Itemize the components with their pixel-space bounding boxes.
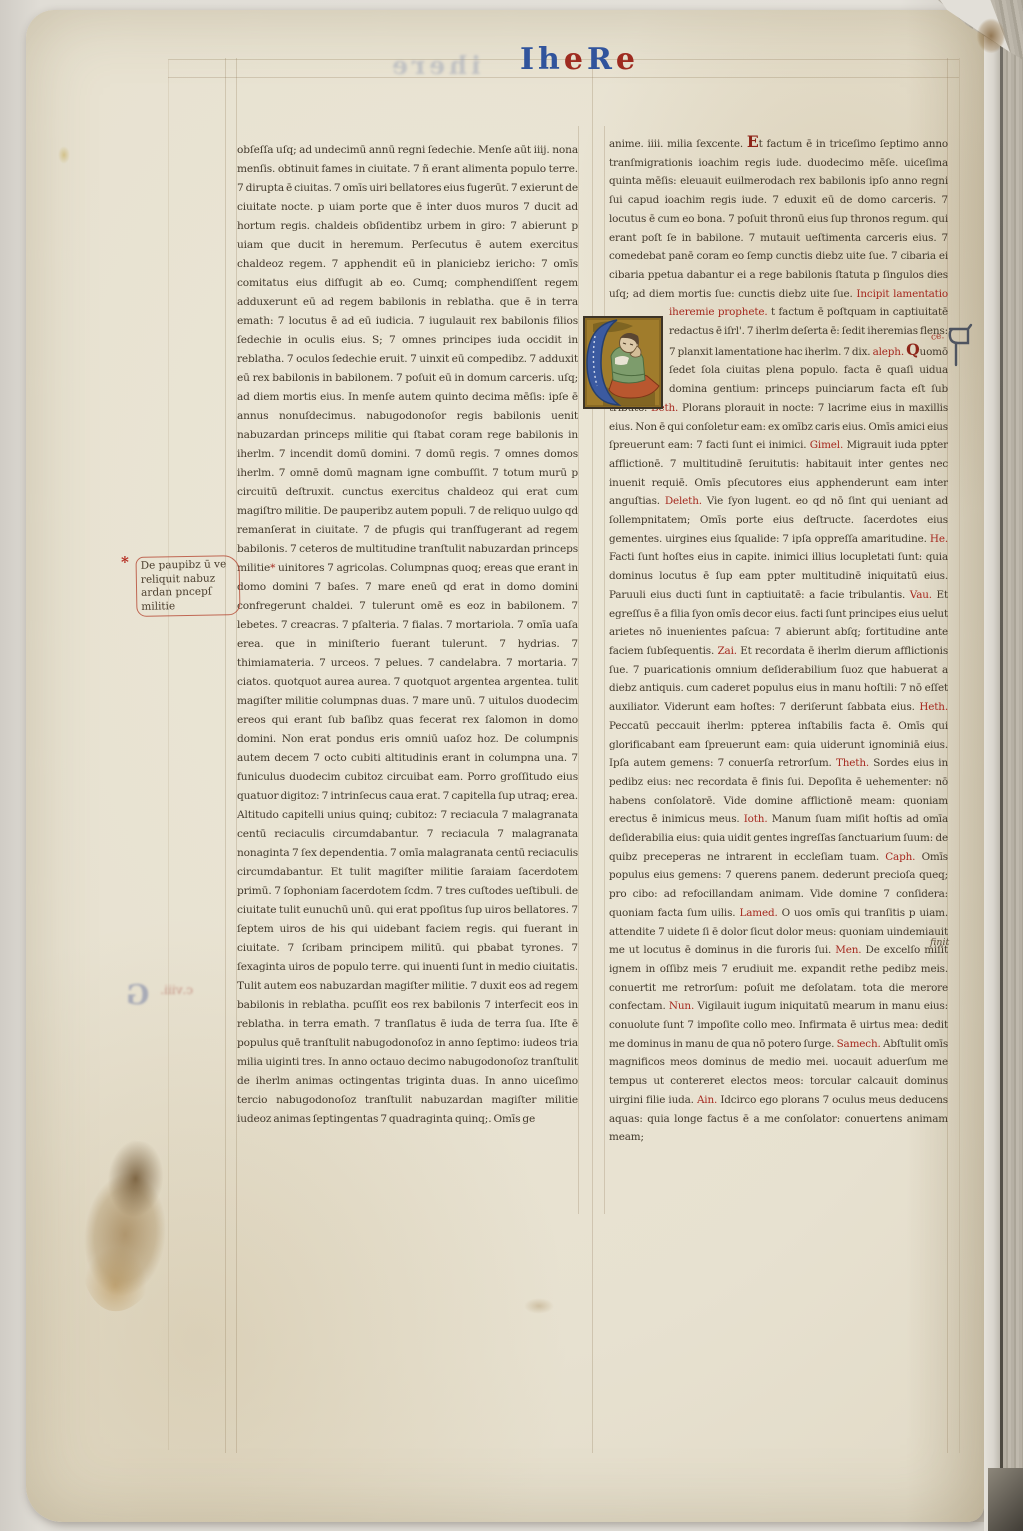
text-segment: Ain. [697,1094,720,1106]
next-folio-edge [984,0,1001,1531]
ruling-line-vertical [592,58,593,1453]
text-segment: He. [930,533,948,545]
historiated-initial: E [583,316,663,409]
text-segment: Heth. [919,701,948,713]
margin-chapter-mark: ce. [930,331,944,343]
text-segment: Samech. [837,1038,883,1050]
text-segment: Theth. [836,757,873,769]
text-column-right: anime. iiii. milia ſexcente. Et factum ē… [609,133,948,1199]
text-segment: Q [906,340,919,359]
showthrough-initial: G [126,980,149,1011]
margin-note-line: De paupibz ū ve [141,558,235,573]
running-title-ghost: ihere [388,51,481,80]
running-title-letter: I [520,42,538,77]
text-segment: anime. iiii. milia ſexcente. [609,138,747,150]
ruling-line-vertical [604,126,605,1214]
ruling-line-vertical [959,58,960,1453]
text-segment: Ioth. [744,813,772,825]
text-segment: Facti ſunt hoſtes eius in capite. inimic… [609,551,948,600]
margin-star: * [121,553,129,571]
running-title: ihere IheRe [370,42,710,86]
text-segment: aleph. [873,346,907,358]
text-segment: Nun. [669,1000,697,1012]
small-stain [524,1298,554,1314]
manuscript-photo: { "palette": { "ink": "#42382a", "rubric… [0,0,1023,1531]
running-title-letter: e [616,42,639,77]
margin-note-nabuzardan: De paupibz ū vereliquit nabuzardan pncep… [135,555,240,617]
initial-illumination [583,316,663,409]
text-segment: uinitores 7 agricolas. Columpnas quoq; e… [237,562,578,1125]
showthrough-ghost: c.viii. G [58,980,193,1035]
stain-top-right [973,16,1009,60]
paraph-icon [947,321,973,373]
book-edge [1003,0,1023,1531]
running-title-letter: e [564,42,587,77]
text-segment: Caph. [885,851,921,863]
text-segment: Men. [835,944,865,956]
corner-shadow [988,1468,1023,1531]
text-segment: E [747,133,759,151]
text-segment: Lamed. [739,907,781,919]
running-title-letter: h [538,42,564,77]
small-stain [58,146,70,164]
finit-note: finit [930,937,949,948]
text-segment: Deleth. [665,495,707,507]
running-title-letters: IheRe [520,42,639,77]
ruling-line-vertical [225,58,226,1453]
showthrough-chapter-number: c.viii. [160,983,193,997]
text-segment: t factum ē in triceſimo ſeptimo anno tra… [609,138,948,300]
text-column-left: obſeſſa uſq; ad undecimū annū regni ſede… [237,141,578,1203]
text-segment: Vau. [910,589,937,601]
running-title-letter: R [587,42,616,77]
ruling-line-vertical [578,126,579,1214]
text-segment: Zai. [717,645,740,657]
text-segment: Gimel. [810,439,847,451]
margin-note-line: militie [141,599,235,614]
text-segment: obſeſſa uſq; ad undecimū annū regni ſede… [237,144,578,574]
